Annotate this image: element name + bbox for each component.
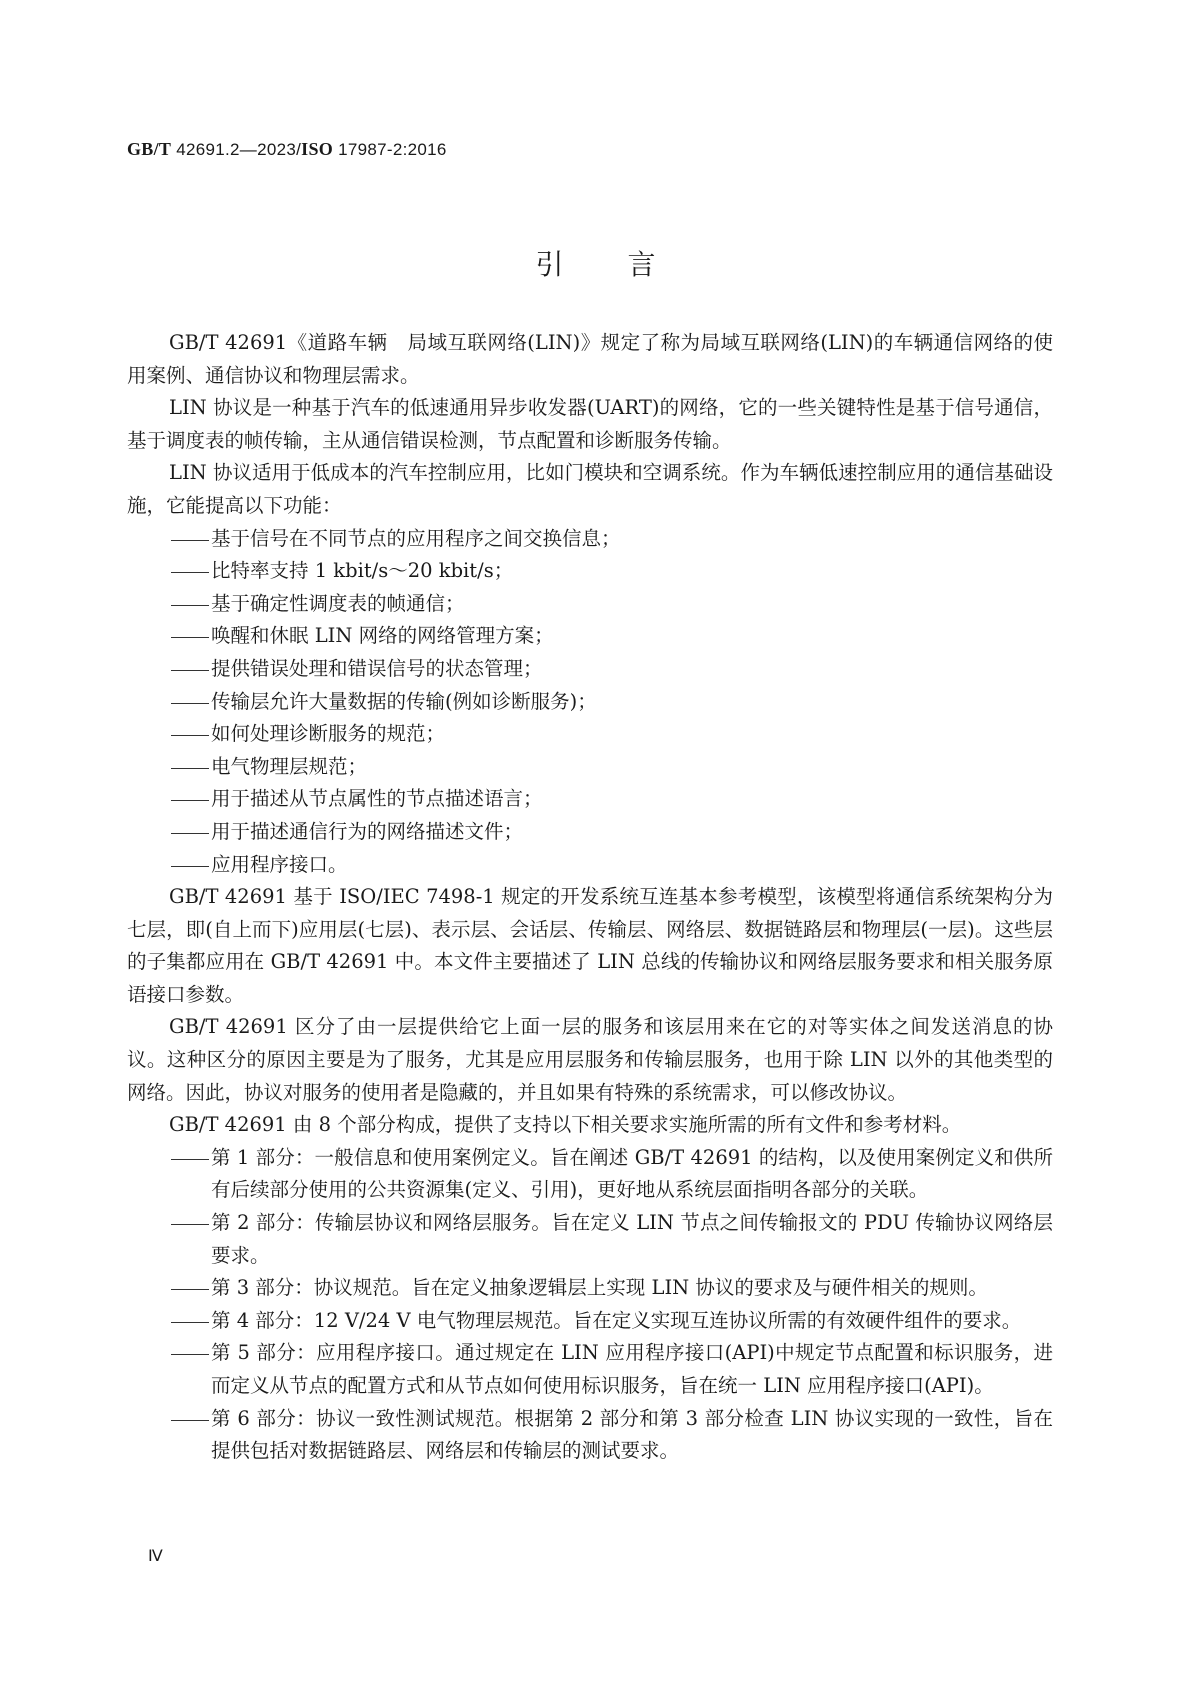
part-item: 第 3 部分：协议规范。旨在定义抽象逻辑层上实现 LIN 协议的要求及与硬件相关… (127, 1272, 1053, 1305)
part-item: 第 6 部分：协议一致性测试规范。根据第 2 部分和第 3 部分检查 LIN 协… (127, 1403, 1053, 1468)
paragraph: GB/T 42691 区分了由一层提供给它上面一层的服务和该层用来在它的对等实体… (127, 1011, 1053, 1109)
paragraph: LIN 协议适用于低成本的汽车控制应用，比如门模块和空调系统。作为车辆低速控制应… (127, 457, 1053, 522)
list-item: 电气物理层规范； (127, 751, 1053, 784)
part-item: 第 2 部分：传输层协议和网络层服务。旨在定义 LIN 节点之间传输报文的 PD… (127, 1207, 1053, 1272)
page-title: 引言 (0, 243, 1191, 283)
feature-list: 基于信号在不同节点的应用程序之间交换信息； 比特率支持 1 kbit/s～20 … (127, 523, 1053, 882)
document-header: GB/T 42691.2—2023/ISO 17987-2:2016 (127, 139, 447, 160)
list-item: 用于描述通信行为的网络描述文件； (127, 816, 1053, 849)
list-item: 唤醒和休眠 LIN 网络的网络管理方案； (127, 620, 1053, 653)
parts-list: 第 1 部分：一般信息和使用案例定义。旨在阐述 GB/T 42691 的结构，以… (127, 1142, 1053, 1468)
part-item: 第 1 部分：一般信息和使用案例定义。旨在阐述 GB/T 42691 的结构，以… (127, 1142, 1053, 1207)
list-item: 传输层允许大量数据的传输(例如诊断服务)； (127, 686, 1053, 719)
std-number: 42691.2—2023/ (176, 140, 301, 159)
paragraph: LIN 协议是一种基于汽车的低速通用异步收发器(UART)的网络，它的一些关键特… (127, 392, 1053, 457)
list-item: 基于信号在不同节点的应用程序之间交换信息； (127, 523, 1053, 556)
list-item: 用于描述从节点属性的节点描述语言； (127, 783, 1053, 816)
iso-prefix: ISO (301, 139, 333, 159)
list-item: 比特率支持 1 kbit/s～20 kbit/s； (127, 555, 1053, 588)
document-body: GB/T 42691《道路车辆 局域互联网络(LIN)》规定了称为局域互联网络(… (127, 327, 1053, 1468)
list-item: 如何处理诊断服务的规范； (127, 718, 1053, 751)
paragraph: GB/T 42691 基于 ISO/IEC 7498-1 规定的开发系统互连基本… (127, 881, 1053, 1011)
paragraph: GB/T 42691 由 8 个部分构成，提供了支持以下相关要求实施所需的所有文… (127, 1109, 1053, 1142)
paragraph: GB/T 42691《道路车辆 局域互联网络(LIN)》规定了称为局域互联网络(… (127, 327, 1053, 392)
part-item: 第 5 部分：应用程序接口。通过规定在 LIN 应用程序接口(API)中规定节点… (127, 1337, 1053, 1402)
part-item: 第 4 部分：12 V/24 V 电气物理层规范。旨在定义实现互连协议所需的有效… (127, 1305, 1053, 1338)
iso-number: 17987-2:2016 (338, 140, 447, 159)
list-item: 基于确定性调度表的帧通信； (127, 588, 1053, 621)
list-item: 提供错误处理和错误信号的状态管理； (127, 653, 1053, 686)
std-prefix: GB/T (127, 139, 171, 159)
list-item: 应用程序接口。 (127, 849, 1053, 882)
page-number: Ⅳ (148, 1546, 163, 1566)
